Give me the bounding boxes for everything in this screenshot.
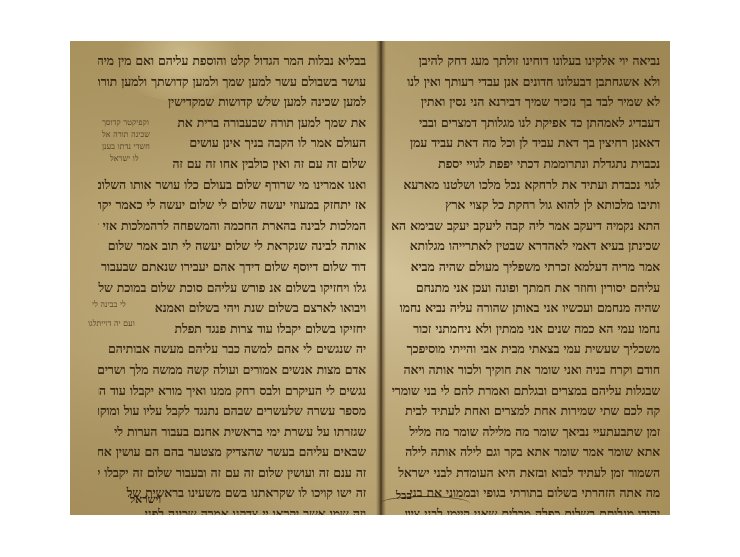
text-line: שהיה מנחמם ועכשיו אני באותן שהורה עליה נ… bbox=[392, 298, 660, 319]
margin-note: לו ישראל bbox=[110, 153, 139, 165]
text-line: שכינתן בעיא דאמי לאהדרא שבטין לאתרייהו מ… bbox=[392, 236, 660, 257]
text-line: חודם וקרח בניה ואני שומר את חוקיך ולכור … bbox=[392, 360, 660, 381]
text-line: גלו ויחזיקו בשלום אנ פורש עליהם סוכת שלו… bbox=[98, 278, 366, 299]
right-page: נביאה יוי אלקינו בעלונו דוחינו זולתך מעג… bbox=[384, 41, 670, 515]
text-line: נביאה יוי אלקינו בעלונו דוחינו זולתך מעג… bbox=[392, 51, 660, 72]
text-line: למען שכינה למען שלש קדושות שמקדישין bbox=[98, 92, 366, 113]
margin-note: וקפיקטר קדוסך bbox=[102, 117, 149, 129]
ink-flourish bbox=[380, 496, 470, 511]
manuscript-spread: בבליא נבלות המר הגדול קלט והוספת עליהם ו… bbox=[70, 41, 670, 515]
text-line: אמר מריה דעלמא זכרתי משפליך מעולם שהיה מ… bbox=[392, 257, 660, 278]
text-line: התא נקמיה דיעקב אמר ליה קבה ליעקב יעקב ש… bbox=[392, 216, 660, 237]
text-line: אותה לבינה שנקראת לי שלום יעשה לי תוב אמ… bbox=[98, 236, 366, 257]
text-line: השמור זמן לעתיד לבוא ובזאת היא העומדת לב… bbox=[392, 463, 660, 484]
text-line: זה ענם זה ועושין שלום זה עם זה ובעבור של… bbox=[98, 463, 366, 484]
catchword: וישראל bbox=[130, 493, 161, 506]
text-line: אדם מצות אנשים אמורים ועולה קשה ממשה מלך… bbox=[98, 360, 366, 381]
text-line: שגזרתו על עשרת ימי בראשית אחנם בעבור הער… bbox=[98, 422, 366, 443]
left-page: בבליא נבלות המר הגדול קלט והוספת עליהם ו… bbox=[70, 41, 380, 515]
text-line: זמן שתבעתעיי נביאך שומר מה מלילה שומר מה… bbox=[392, 422, 660, 443]
text-line: דאאנן רחיצין בך דאת עביד לן וכל מה דאת ע… bbox=[392, 133, 660, 154]
text-line: לא שמיר לבד בך נזכיר שמיך דבירנא הני נסי… bbox=[392, 92, 660, 113]
text-line: עליהם יסורין וחוזר את חמתך ופונה ועכן אנ… bbox=[392, 278, 660, 299]
text-line: קה לכם שתי שמירות אחת למצרים ואחת לעתיד … bbox=[392, 401, 660, 422]
text-line: ויבואו לארצם בשלום שנת ויהי בשלום ואמנא bbox=[98, 298, 366, 319]
text-line: שבאים עליהם בעשר שהצדיק מצטער בהם הם עוש… bbox=[98, 442, 366, 463]
text-line: דעבדיג לאמהתן כד אפיקת לנו מגלותך דמצרים… bbox=[392, 113, 660, 134]
margin-note: שכינה תורה אל bbox=[102, 129, 150, 141]
text-line: אז יתחזק במעוזי יעשה שלום לי שלום יעשה ל… bbox=[98, 195, 366, 216]
text-line: המלכות לבינה בהארת החכמה והמשפחה לרהמלכו… bbox=[98, 216, 366, 237]
text-line: משכליך שעשית עמי בצאתי מבית אבי והייתי מ… bbox=[392, 339, 660, 360]
text-line: עושר בשבולם עשר למען שמך ולמען קדושתך ול… bbox=[98, 72, 366, 93]
text-line: בבליא נבלות המר הגדול קלט והוספת עליהם ו… bbox=[98, 51, 366, 72]
text-line: שבגלות עליהם במצרים ובגלתם ואמרת להם לי … bbox=[392, 381, 660, 402]
text-line: מספר עשרה שלעשרים שבהם נתנגד לקבל עליו ע… bbox=[98, 401, 366, 422]
text-line: ותיבו מלכותא לן להוא גול רחקת כל קצוי אר… bbox=[392, 195, 660, 216]
text-line: נכבוית נתגדלת ונתרוממת דכתי יפפת לגויי י… bbox=[392, 154, 660, 175]
margin-note: לי בבינה לי bbox=[92, 299, 126, 311]
text-line: יחזיקו בשלום יקבלו עוד צרות פנגד תפלת bbox=[98, 319, 366, 340]
text-line: אתא שומר אמר שומר אתא בקר וגם לילה אותה … bbox=[392, 442, 660, 463]
text-line: יה שנגשים לי אהם למשה כבר עליהם מעשה אבו… bbox=[98, 339, 366, 360]
text-line: נחמו עמי הא כמה שנים אני ממתין ולא ניחמת… bbox=[392, 319, 660, 340]
margin-note: ועם יה דוייתלגו bbox=[88, 318, 135, 330]
text-line: דוד שלום דיוסף שלום דידך אהם יעבירו שנאת… bbox=[98, 257, 366, 278]
text-line: לגוי נכבדת ועתיד את לרחקא נכל מלכו ושלטנ… bbox=[392, 175, 660, 196]
text-line: נגשים לי העיקרם ולבס רחק ממנו ואיך מורא … bbox=[98, 381, 366, 402]
text-line: ואנו אמרינו מי שרודף שלום בעולם כלו עושר… bbox=[98, 175, 366, 196]
text-line: ולא אשגחתבן דבעלונו חדונים אנן עבדי רעות… bbox=[392, 72, 660, 93]
margin-note: חשדי נדתו בענן bbox=[102, 141, 150, 153]
